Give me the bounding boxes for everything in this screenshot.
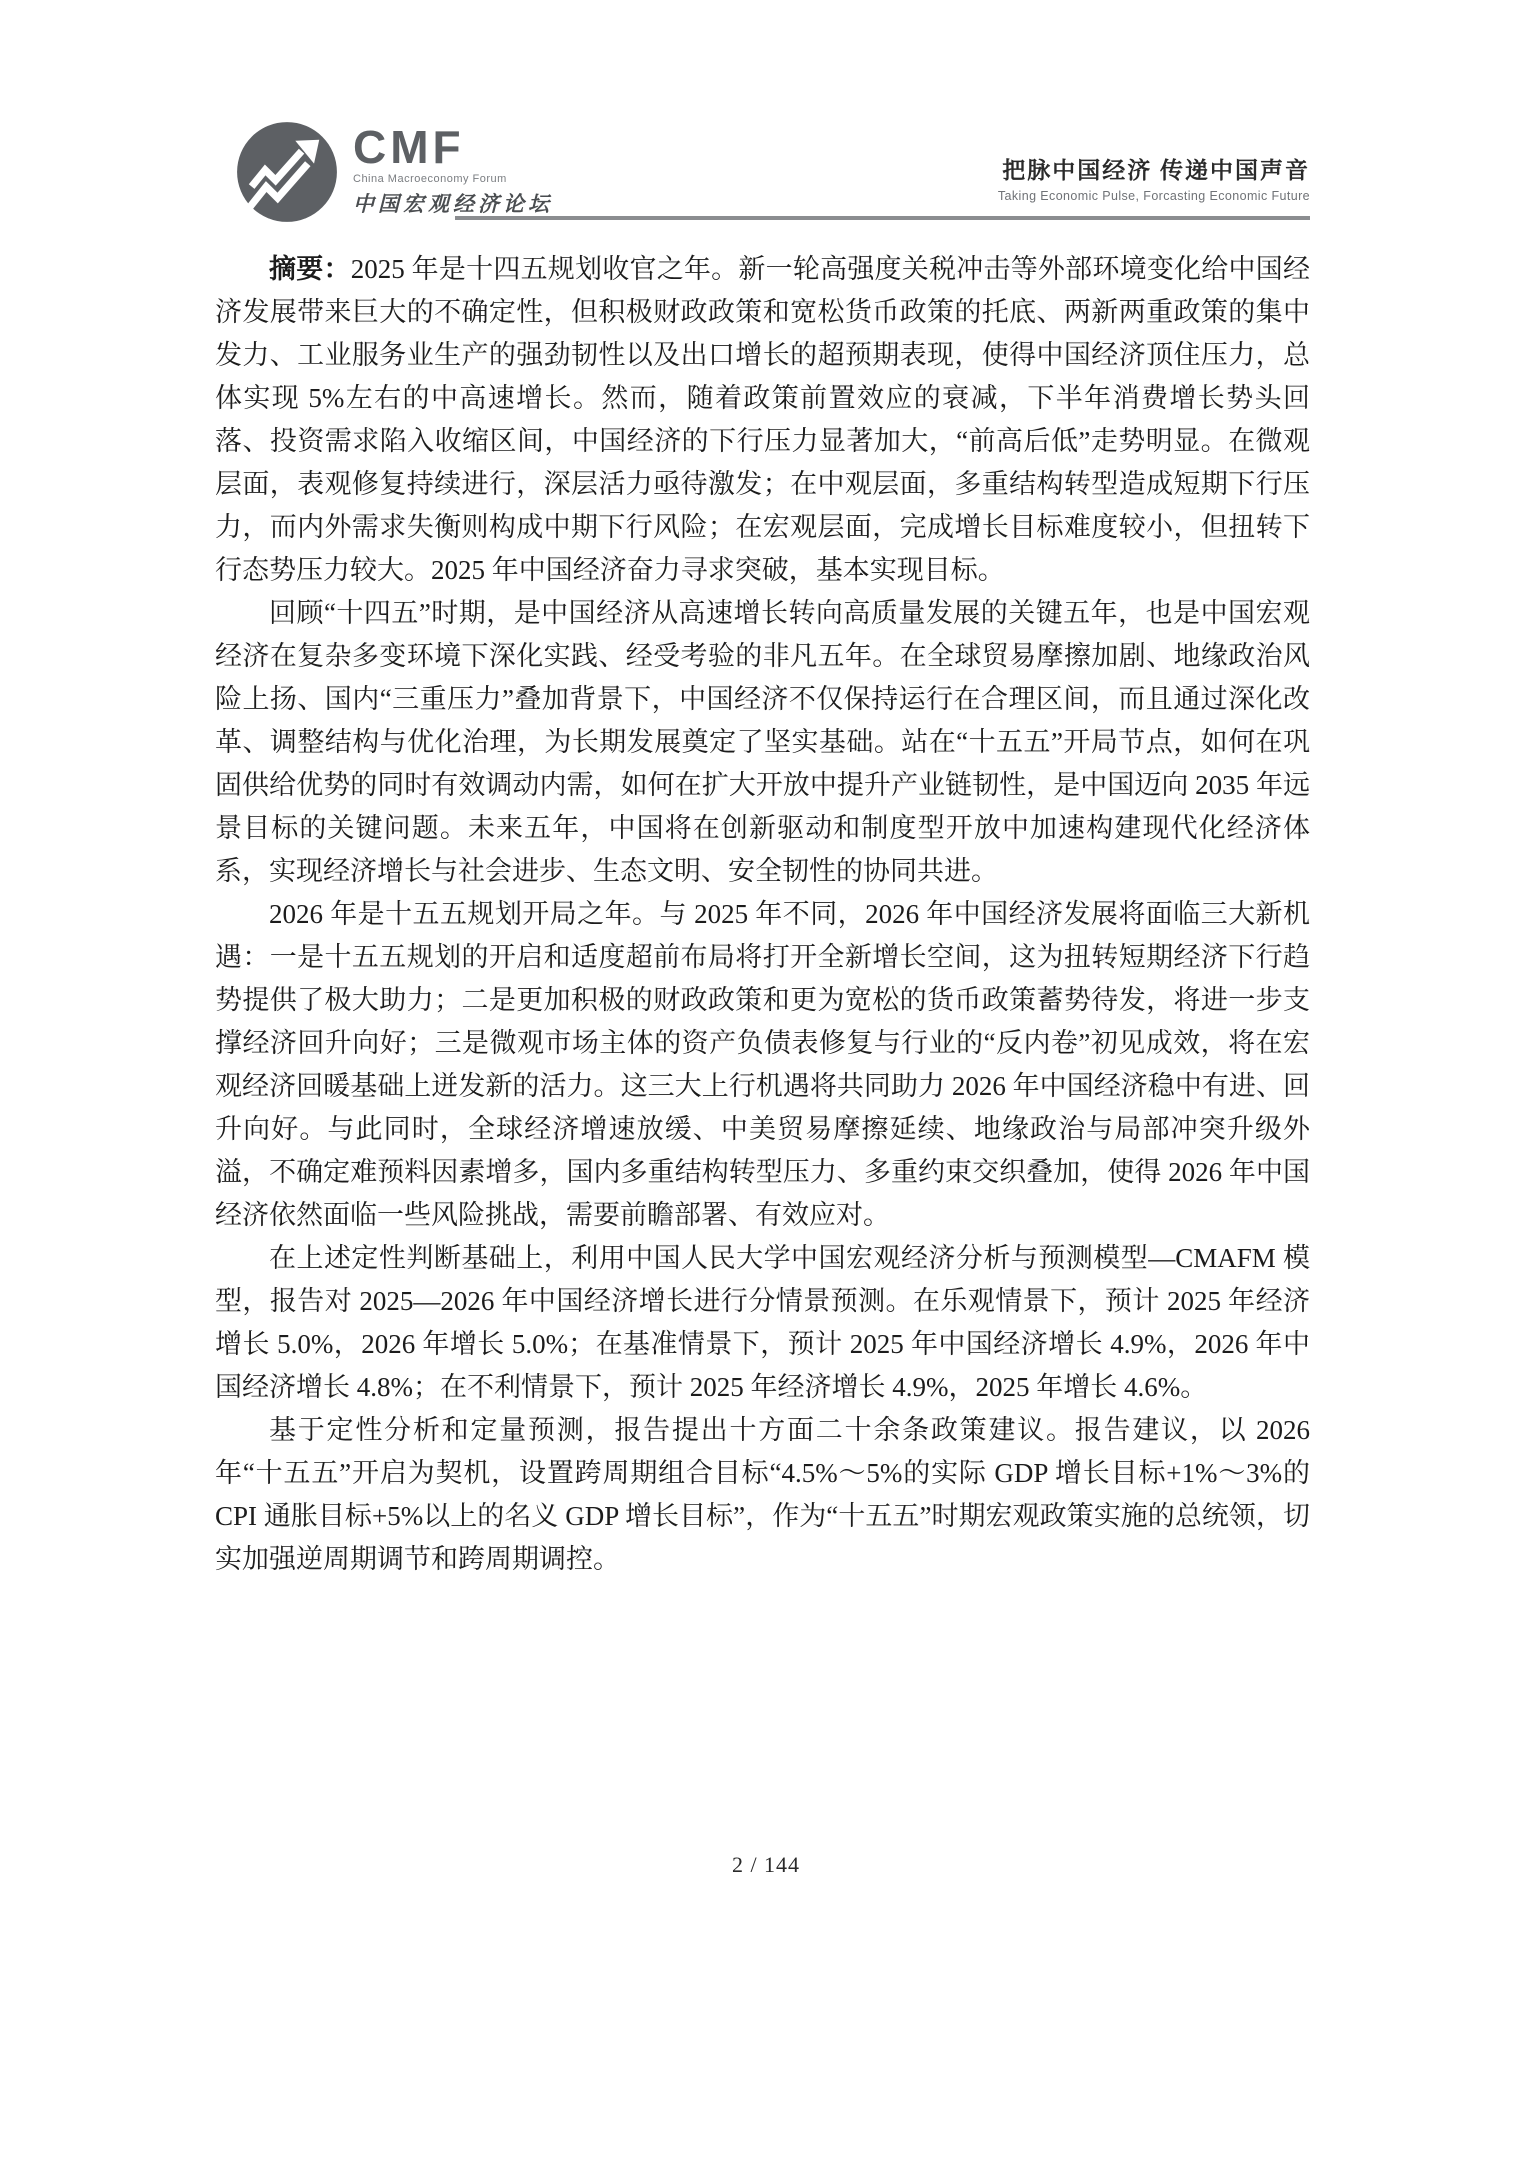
logo-text: CMF China Macroeconomy Forum 中国宏观经济论坛	[353, 120, 553, 218]
paragraph-abstract: 摘要：2025 年是十四五规划收官之年。新一轮高强度关税冲击等外部环境变化给中国…	[215, 248, 1310, 592]
slogan-chinese: 把脉中国经济 传递中国声音	[998, 152, 1310, 185]
document-page: CMF China Macroeconomy Forum 中国宏观经济论坛 把脉…	[0, 0, 1532, 2167]
page-number: 2 / 144	[732, 1852, 800, 1877]
paragraph-forecast-scenarios: 在上述定性判断基础上，利用中国人民大学中国宏观经济分析与预测模型—CMAFM 模…	[215, 1237, 1310, 1409]
header-divider	[455, 216, 1310, 220]
page-footer: 2 / 144	[0, 1852, 1532, 1878]
logo-subtitle-zh: 中国宏观经济论坛	[353, 188, 553, 218]
paragraph-2026-outlook: 2026 年是十五五规划开局之年。与 2025 年不同，2026 年中国经济发展…	[215, 893, 1310, 1237]
paragraph-review-145: 回顾“十四五”时期，是中国经济从高速增长转向高质量发展的关键五年，也是中国宏观经…	[215, 592, 1310, 893]
trend-arrow-circle-icon	[235, 120, 339, 224]
slogan-english: Taking Economic Pulse, Forcasting Econom…	[998, 189, 1310, 203]
abstract-body: 摘要：2025 年是十四五规划收官之年。新一轮高强度关税冲击等外部环境变化给中国…	[215, 248, 1310, 1581]
header-slogan: 把脉中国经济 传递中国声音 Taking Economic Pulse, For…	[998, 152, 1310, 203]
paragraph-abstract-text: 2025 年是十四五规划收官之年。新一轮高强度关税冲击等外部环境变化给中国经济发…	[215, 254, 1310, 585]
abstract-label: 摘要：	[269, 254, 351, 284]
logo-subtitle-en: China Macroeconomy Forum	[353, 173, 553, 185]
logo-acronym: CMF	[353, 124, 553, 170]
cmf-logo: CMF China Macroeconomy Forum 中国宏观经济论坛	[235, 120, 553, 224]
paragraph-policy-recommendations: 基于定性分析和定量预测，报告提出十方面二十余条政策建议。报告建议，以 2026 …	[215, 1409, 1310, 1581]
